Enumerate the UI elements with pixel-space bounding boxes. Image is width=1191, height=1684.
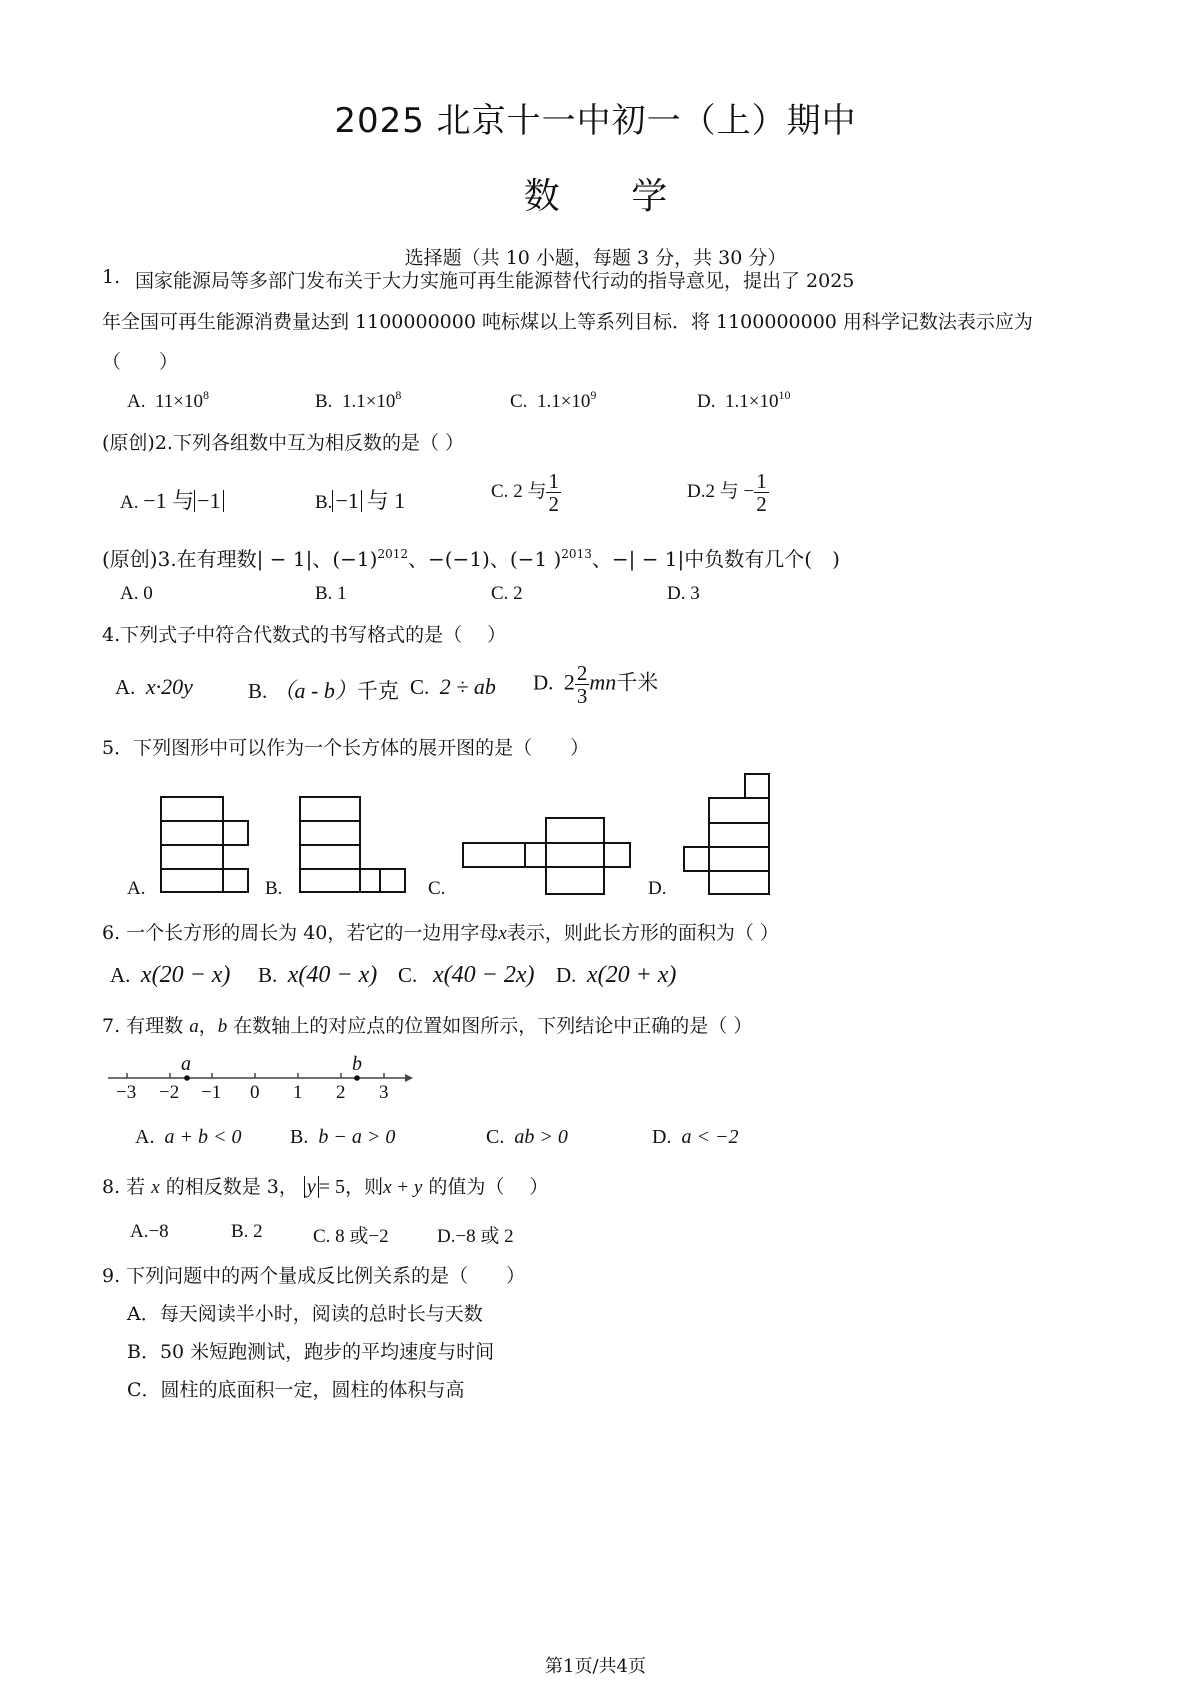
- option-c: C. 1.1×109: [510, 388, 596, 413]
- question-text: 6. 一个长方形的周长为 40，若它的一边用字母x表示，则此长方形的面积为（ ）: [102, 918, 779, 945]
- question-text: (原创)2.下列各组数中互为相反数的是（ ）: [102, 428, 464, 455]
- option-b: B. b − a > 0: [290, 1126, 395, 1149]
- option-d: D.2 与 −12: [687, 470, 769, 515]
- option-b: B. x(40 − x): [258, 962, 377, 989]
- option-a: A. x·20y: [115, 674, 193, 700]
- question-text: 4.下列式子中符合代数式的书写格式的是（ ）: [102, 620, 506, 647]
- question-text: (原创)3.在有理数| − 1|、(−1)2012、−(−1)、(−1 )201…: [102, 543, 840, 572]
- option-d: D. 1.1×1010: [697, 388, 790, 413]
- figure-label-c: C.: [428, 878, 445, 900]
- option-c: C. 2 ÷ ab: [410, 674, 496, 700]
- question-text: 8. 若 x 的相反数是 3， y= 5，则x + y 的值为（ ）: [102, 1172, 548, 1199]
- page-number: 第1页/共4页: [0, 1652, 1191, 1678]
- option-d: D. 3: [667, 583, 700, 605]
- option-d: D. x(20 + x): [556, 962, 676, 989]
- option-b: B. 1.1×108: [315, 388, 401, 413]
- question-text: 9. 下列问题中的两个量成反比例关系的是（ ）: [102, 1261, 525, 1288]
- option-c: C. 8 或−2: [313, 1221, 389, 1248]
- option-a: A．每天阅读半小时，阅读的总时长与天数: [127, 1299, 483, 1326]
- figure-label-a: A.: [127, 878, 145, 900]
- question-text: 年全国可再生能源消费量达到 1100000000 吨标煤以上等系列目标．将 11…: [102, 307, 1033, 334]
- option-a: A. −1 与−1: [120, 484, 224, 515]
- point-a-label: a: [181, 1053, 191, 1076]
- question-number: 1.: [102, 266, 120, 288]
- net-figure-c: [460, 815, 635, 897]
- option-b: B. （a - b）千克: [248, 674, 399, 705]
- question-text: 7. 有理数 a，b 在数轴上的对应点的位置如图所示，下列结论中正确的是（ ）: [102, 1011, 752, 1038]
- figure-label-b: B.: [265, 878, 282, 900]
- option-b: B．50 米短跑测试，跑步的平均速度与时间: [127, 1337, 494, 1364]
- option-c: C. x(40 − 2x): [398, 962, 535, 989]
- point-b-label: b: [352, 1053, 362, 1076]
- answer-blank: （ ）: [102, 347, 178, 374]
- question-text: 5．下列图形中可以作为一个长方体的展开图的是（ ）: [102, 733, 589, 760]
- option-c: C. 2 与12: [491, 470, 561, 515]
- option-d: D. a < −2: [652, 1126, 738, 1149]
- option-b: B. 2: [231, 1221, 263, 1243]
- tick-label: −1: [201, 1082, 221, 1104]
- option-a: A. x(20 − x): [110, 962, 230, 989]
- option-d: D.−8 或 2: [437, 1221, 514, 1248]
- tick-label: −2: [159, 1082, 179, 1104]
- subject-title: 数 学: [0, 168, 1191, 219]
- option-c: C. 2: [491, 583, 523, 605]
- tick-label: 2: [336, 1082, 346, 1104]
- option-b: B.−1 与 1: [315, 484, 405, 515]
- tick-label: −3: [116, 1082, 136, 1104]
- tick-label: 3: [379, 1082, 389, 1104]
- option-a: A.−8: [130, 1221, 169, 1243]
- number-line: [105, 1053, 415, 1108]
- tick-label: 0: [250, 1082, 260, 1104]
- figure-label-d: D.: [648, 878, 666, 900]
- net-figure-d: [682, 772, 774, 897]
- option-b: B. 1: [315, 583, 347, 605]
- option-a: A. 0: [120, 583, 153, 605]
- net-figure-a: [158, 795, 253, 895]
- tick-label: 1: [293, 1082, 303, 1104]
- option-c: C．圆柱的底面积一定，圆柱的体积与高: [127, 1375, 465, 1402]
- option-a: A. a + b < 0: [135, 1126, 241, 1149]
- question-text: 国家能源局等多部门发布关于大力实施可再生能源替代行动的指导意见，提出了 2025: [135, 266, 854, 293]
- option-a: A. 11×108: [127, 388, 209, 413]
- point-a-marker: [184, 1075, 190, 1081]
- option-d: D. 223mn千米: [533, 662, 658, 707]
- option-c: C. ab > 0: [486, 1126, 568, 1149]
- net-figure-b: [297, 795, 409, 895]
- page-title: 2025 北京十一中初一（上）期中: [0, 93, 1191, 142]
- point-b-marker: [354, 1075, 360, 1081]
